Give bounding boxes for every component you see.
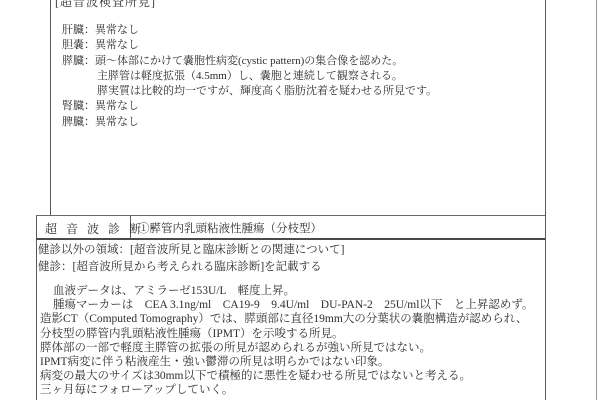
note-screening: 健診：[超音波所見から考えられる臨床診断]を記載する: [38, 259, 344, 276]
table-inner-right-border: [545, 0, 546, 400]
comment-followup-plan: 三ヶ月毎にフォローアップしていく。: [40, 383, 533, 397]
clinical-comments: 血液データは、アミラーゼ153U/L 軽度上昇。 腫瘍マーカーは CEA 3.1…: [40, 284, 533, 398]
finding-gallbladder: 胆嚢：異常なし: [62, 38, 437, 53]
comment-duct-dilation: 膵体部の一部で軽度主膵管の拡張の所見が認められるが強い所見ではない。: [40, 341, 533, 355]
findings-box-left-border: [50, 0, 51, 216]
table-outer-right-border: [596, 0, 597, 400]
finding-liver: 肝臓：異常なし: [62, 23, 437, 38]
comment-blood-data: 血液データは、アミラーゼ153U/L 軽度上昇。: [40, 284, 533, 298]
comment-ipmt-suggestion: 分枝型の膵管内乳頭粘液性腫瘍（IPMT）を示唆する所見。: [40, 327, 533, 341]
finding-pancreas-line1: 膵臓：頭～体部にかけて嚢胞性病変(cystic pattern)の集合像を認めた…: [62, 54, 437, 69]
diagnosis-row-value: ①膵管内乳頭粘液性腫瘍（分枝型）: [138, 220, 322, 236]
section-header-ultrasound-findings: [超音波検査所見]: [55, 0, 156, 10]
lower-section-left-border: [36, 215, 37, 400]
comment-mucin-stasis: IPMT病変に伴う粘液産生・強い鬱滞の所見は明らかではない印象。: [40, 355, 533, 369]
comment-ct-findings: 造影CT（Computed Tomography）では、膵頭部に直径19mm大の…: [40, 312, 533, 326]
finding-spleen: 脾臓：異常なし: [62, 115, 437, 130]
findings-list: 肝臓：異常なし 胆嚢：異常なし 膵臓：頭～体部にかけて嚢胞性病変(cystic …: [62, 23, 437, 130]
notes-section: 健診以外の領域：[超音波所見と臨床診断との関連について] 健診：[超音波所見から…: [38, 242, 344, 276]
finding-pancreas-line3: 膵実質は比較的均一ですが、輝度高く脂肪沈着を疑わせる所見です。: [97, 84, 437, 99]
finding-kidney: 腎臓：異常なし: [62, 99, 437, 114]
diagnosis-row-bottom-rule: [36, 238, 545, 240]
note-non-screening-area: 健診以外の領域：[超音波所見と臨床診断との関連について]: [38, 242, 344, 259]
diagnosis-row-top-rule: [36, 215, 545, 216]
finding-pancreas-line2: 主膵管は軽度拡張（4.5mm）し、嚢胞と連続して観察される。: [97, 69, 437, 84]
comment-lesion-size: 病変の最大のサイズは30mm以下で積極的に悪性を疑わせる所見ではないと考える。: [40, 369, 533, 383]
comment-tumor-markers: 腫瘍マーカーは CEA 3.1ng/ml CA19-9 9.4U/ml DU-P…: [40, 298, 533, 312]
ultrasound-report-page: [超音波検査所見] 肝臓：異常なし 胆嚢：異常なし 膵臓：頭～体部にかけて嚢胞性…: [0, 0, 600, 400]
